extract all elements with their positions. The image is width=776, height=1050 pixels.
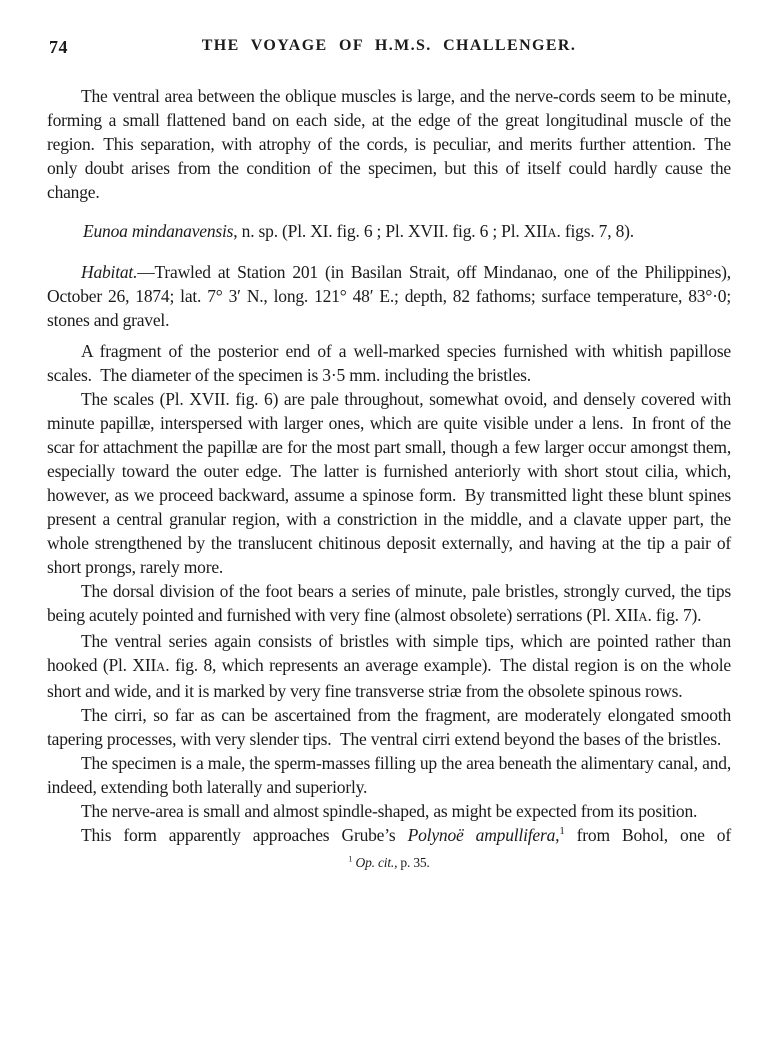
text-run: The scales (Pl. XVII. fig. 6) are pale t… bbox=[47, 389, 731, 577]
text-run: Op. cit., bbox=[352, 855, 397, 870]
paragraph-this-form: This form apparently approaches Grube’s … bbox=[47, 823, 731, 847]
text-run: This form apparently approaches Grube’s bbox=[81, 825, 408, 845]
text-run: Polynoë ampullifera, bbox=[408, 825, 560, 845]
page-content: 74 THE VOYAGE OF H.M.S. CHALLENGER. The … bbox=[47, 36, 731, 872]
species-heading: Eunoa mindanavensis, n. sp. (Pl. XI. fig… bbox=[47, 219, 731, 245]
paragraph-dorsal-division: The dorsal division of the foot bears a … bbox=[47, 579, 731, 629]
paragraph-scales: The scales (Pl. XVII. fig. 6) are pale t… bbox=[47, 387, 731, 579]
text-run: . figs. 7, 8). bbox=[557, 221, 634, 241]
text-run: The dorsal division of the foot bears a … bbox=[47, 581, 731, 625]
paragraph-nerve-area: The nerve-area is small and almost spind… bbox=[47, 799, 731, 823]
text-run: The ventral area between the oblique mus… bbox=[47, 86, 731, 202]
text-run: A bbox=[547, 226, 556, 240]
text-run: The cirri, so far as can be ascertained … bbox=[47, 705, 731, 749]
paragraph-specimen-male: The specimen is a male, the sperm-masses… bbox=[47, 751, 731, 799]
text-run: p. 35. bbox=[397, 855, 429, 870]
text-run: —Trawled at Station 201 (in Basilan Stra… bbox=[47, 262, 731, 330]
footnote: 1 Op. cit., p. 35. bbox=[47, 854, 731, 872]
text-run: . fig. 7). bbox=[647, 605, 701, 625]
text-run: The nerve-area is small and almost spind… bbox=[81, 801, 697, 821]
text-run: A fragment of the posterior end of a wel… bbox=[47, 341, 731, 385]
paragraph-ventral-area: The ventral area between the oblique mus… bbox=[47, 84, 731, 204]
page-header: 74 THE VOYAGE OF H.M.S. CHALLENGER. bbox=[47, 36, 731, 62]
paragraph-fragment: A fragment of the posterior end of a wel… bbox=[47, 339, 731, 387]
text-run: A bbox=[156, 660, 165, 674]
paragraph-ventral-series: The ventral series again consists of bri… bbox=[47, 629, 731, 703]
text-run: Eunoa mindanavensis bbox=[83, 221, 233, 241]
text-run: from Bohol, one of bbox=[565, 825, 731, 845]
text-run: , n. sp. (Pl. XI. fig. 6 ; Pl. XVII. fig… bbox=[233, 221, 547, 241]
paragraph-cirri: The cirri, so far as can be ascertained … bbox=[47, 703, 731, 751]
book-page: 74 THE VOYAGE OF H.M.S. CHALLENGER. The … bbox=[0, 0, 776, 1050]
paragraph-habitat: Habitat.—Trawled at Station 201 (in Basi… bbox=[47, 260, 731, 332]
text-run: The specimen is a male, the sperm-masses… bbox=[47, 753, 731, 797]
text-body: The ventral area between the oblique mus… bbox=[47, 84, 731, 872]
page-number: 74 bbox=[49, 37, 68, 58]
text-run: Habitat. bbox=[81, 262, 137, 282]
running-title: THE VOYAGE OF H.M.S. CHALLENGER. bbox=[47, 36, 731, 55]
